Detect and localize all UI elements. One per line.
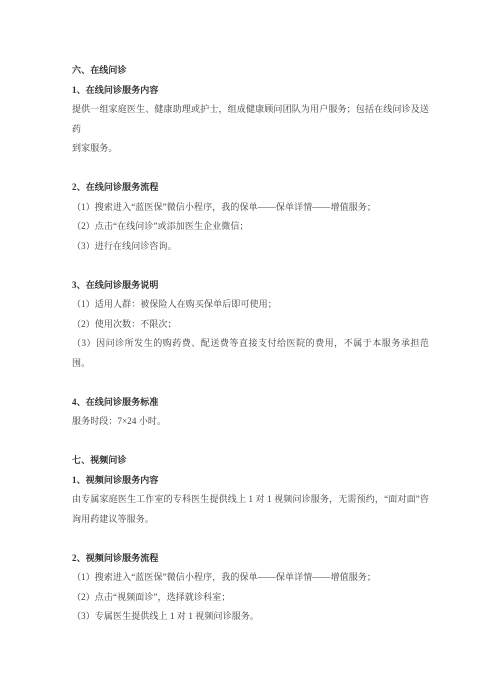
doc-line: 到家服务。 — [72, 139, 429, 159]
doc-line: 由专属家庭医生工作室的专科医生提供线上 1 对 1 视频问诊服务，无需预约，“面… — [72, 490, 429, 510]
doc-line: （1）搜索进入“蓝医保”微信小程序，我的保单——保单详情——增值服务； — [72, 198, 429, 218]
section-title-online-consult: 六、在线问诊 — [72, 61, 429, 81]
doc-line: （2）点击“视频面诊”，选择就诊科室； — [72, 588, 429, 608]
document-page: 六、在线问诊 1、在线问诊服务内容 提供一组家庭医生、健康助理或护士，组成健康顾… — [0, 0, 495, 700]
doc-line: 围。 — [72, 354, 429, 374]
blank-line — [72, 159, 429, 179]
doc-line: （1）搜索进入“蓝医保”微信小程序，我的保单——保单详情——增值服务； — [72, 568, 429, 588]
subsection-title-video-flow: 2、视频问诊服务流程 — [72, 549, 429, 569]
subsection-title-online-content: 1、在线问诊服务内容 — [72, 81, 429, 101]
subsection-title-online-notes: 3、在线问诊服务说明 — [72, 276, 429, 296]
blank-line — [72, 256, 429, 276]
doc-line: （1）适用人群：被保险人在购买保单后即可使用； — [72, 295, 429, 315]
doc-line: （3）专属医生提供线上 1 对 1 视频问诊服务。 — [72, 607, 429, 627]
subsection-title-video-content: 1、视频问诊服务内容 — [72, 471, 429, 491]
doc-line: （3）因问诊所发生的购药费、配送费等直接支付给医院的费用，不属于本服务承担范 — [72, 334, 429, 354]
blank-line — [72, 432, 429, 452]
subsection-title-online-flow: 2、在线问诊服务流程 — [72, 178, 429, 198]
doc-line: （2）点击“在线问诊”或添加医生企业微信； — [72, 217, 429, 237]
doc-line: （2）使用次数：不限次； — [72, 315, 429, 335]
blank-line — [72, 373, 429, 393]
doc-line: 提供一组家庭医生、健康助理或护士，组成健康顾问团队为用户服务；包括在线问诊及送药 — [72, 100, 429, 139]
doc-line: 询用药建议等服务。 — [72, 510, 429, 530]
subsection-title-online-standard: 4、在线问诊服务标准 — [72, 393, 429, 413]
doc-line: （3）进行在线问诊咨询。 — [72, 237, 429, 257]
section-title-video-consult: 七、视频问诊 — [72, 451, 429, 471]
blank-line — [72, 529, 429, 549]
doc-line: 服务时段：7×24 小时。 — [72, 412, 429, 432]
